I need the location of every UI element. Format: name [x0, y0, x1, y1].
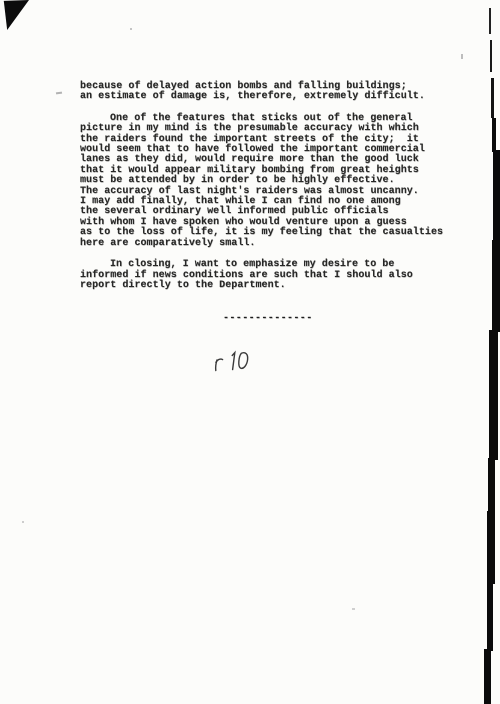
- scanned-document-page: because of delayed action bombs and fall…: [0, 0, 500, 704]
- paragraph: because of delayed action bombs and fall…: [80, 82, 480, 103]
- scan-edge-band: [484, 649, 491, 704]
- scan-edge-band: [487, 582, 493, 651]
- paragraph: In closing, I want to emphasize my desir…: [80, 260, 480, 291]
- paper-speck: [56, 92, 62, 95]
- scan-edge-band: [488, 458, 495, 513]
- scan-edge-band: [490, 40, 492, 72]
- scan-edge-band: [492, 240, 500, 332]
- paper-speck: [22, 521, 24, 523]
- scan-edge-band: [489, 330, 498, 460]
- scan-corner-triangle: [3, 0, 29, 30]
- scan-edge-band: [489, 8, 491, 34]
- handwritten-note-strokes: [205, 345, 265, 380]
- text-line: report directly to the Department.: [80, 281, 480, 291]
- text-line: here are comparatively small.: [80, 239, 480, 249]
- paragraph: One of the features that sticks out of t…: [80, 114, 480, 249]
- end-separator: --------------: [223, 313, 313, 324]
- scan-edge-band: [492, 118, 496, 152]
- document-body: because of delayed action bombs and fall…: [80, 82, 480, 302]
- paper-speck: [130, 28, 132, 30]
- text-line: In closing, I want to emphasize my desir…: [80, 260, 480, 270]
- paper-speck: [461, 54, 463, 59]
- paper-speck: [352, 608, 355, 610]
- scan-edge-band: [487, 511, 495, 584]
- scan-edge-band: [493, 150, 500, 242]
- handwritten-note: [205, 345, 265, 385]
- text-line: an estimate of damage is, therefore, ext…: [80, 92, 480, 102]
- scan-edge-band: [491, 78, 494, 118]
